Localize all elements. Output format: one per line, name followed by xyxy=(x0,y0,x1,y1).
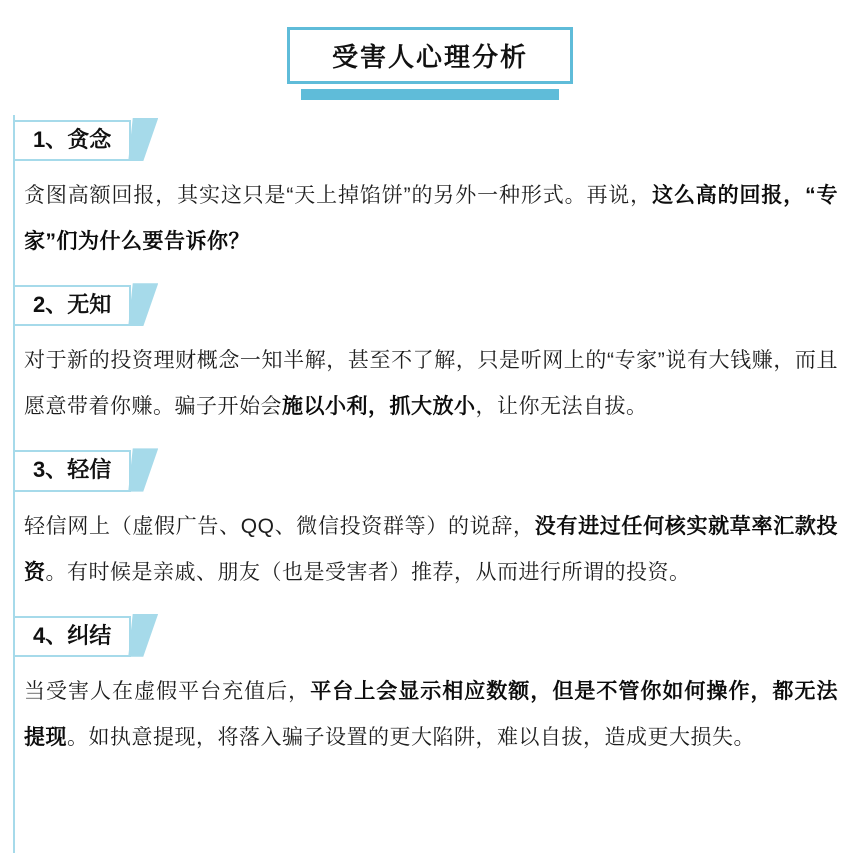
title-underline-bar xyxy=(301,89,559,100)
section-heading-label: 1、贪念 xyxy=(33,127,111,152)
section-body: 轻信网上（虚假广告、QQ、微信投资群等）的说辞，没有进过任何核实就草率汇款投资。… xyxy=(24,504,838,596)
infographic-page: 受害人心理分析 1、贪念 贪图高额回报，其实这只是“天上掉馅饼”的另外一种形式。… xyxy=(0,0,860,863)
body-text: 。如执意提现，将落入骗子设置的更大陷阱，难以自拔，造成更大损失。 xyxy=(67,726,755,749)
body-text-bold: 施以小利，抓大放小 xyxy=(282,395,476,418)
body-text: 当受害人在虚假平台充值后， xyxy=(24,680,310,703)
section: 4、纠结 当受害人在虚假平台充值后，平台上会显示相应数额，但是不管你如何操作，都… xyxy=(0,616,860,761)
page-title-box: 受害人心理分析 xyxy=(287,27,573,84)
section-body: 对于新的投资理财概念一知半解，甚至不了解，只是听网上的“专家”说有大钱赚，而且愿… xyxy=(24,338,838,430)
section-header: 3、轻信 xyxy=(13,450,131,491)
body-text: ，让你无法自拔。 xyxy=(476,395,648,418)
section-header: 1、贪念 xyxy=(13,120,131,161)
body-text: 贪图高额回报，其实这只是“天上掉馅饼”的另外一种形式。再说， xyxy=(24,184,652,207)
section: 1、贪念 贪图高额回报，其实这只是“天上掉馅饼”的另外一种形式。再说，这么高的回… xyxy=(0,120,860,265)
ribbon-fold-decoration xyxy=(128,283,158,326)
section: 2、无知 对于新的投资理财概念一知半解，甚至不了解，只是听网上的“专家”说有大钱… xyxy=(0,285,860,430)
body-text: 。有时候是亲戚、朋友（也是受害者）推荐，从而进行所谓的投资。 xyxy=(46,561,691,584)
section-heading-label: 3、轻信 xyxy=(33,457,111,482)
section-body: 贪图高额回报，其实这只是“天上掉馅饼”的另外一种形式。再说，这么高的回报，“专家… xyxy=(24,173,838,265)
section-header: 4、纠结 xyxy=(13,616,131,657)
ribbon-fold-decoration xyxy=(128,118,158,161)
body-text: 轻信网上（虚假广告、QQ、微信投资群等）的说辞， xyxy=(24,515,535,538)
section-body: 当受害人在虚假平台充值后，平台上会显示相应数额，但是不管你如何操作，都无法提现。… xyxy=(24,669,838,761)
ribbon-fold-decoration xyxy=(128,614,158,657)
section-heading-label: 2、无知 xyxy=(33,292,111,317)
section-header: 2、无知 xyxy=(13,285,131,326)
section-heading-label: 4、纠结 xyxy=(33,623,111,648)
title-area: 受害人心理分析 xyxy=(0,0,860,100)
sections: 1、贪念 贪图高额回报，其实这只是“天上掉馅饼”的另外一种形式。再说，这么高的回… xyxy=(0,120,860,761)
section: 3、轻信 轻信网上（虚假广告、QQ、微信投资群等）的说辞，没有进过任何核实就草率… xyxy=(0,450,860,595)
page-title: 受害人心理分析 xyxy=(332,42,528,72)
ribbon-fold-decoration xyxy=(128,448,158,491)
